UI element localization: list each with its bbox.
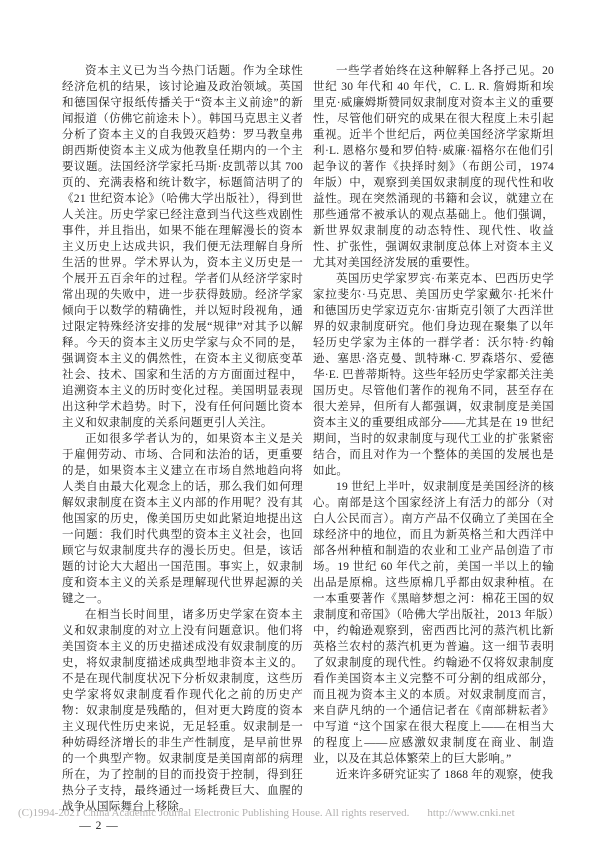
paragraph-atlantic-historians: 英国历史学家罗宾·布莱克本、巴西历史学家拉斐尔·马克思、美国历史学家戴尔·托米什… <box>313 271 554 479</box>
footer-url: http://www.cnki.net <box>427 807 514 819</box>
footer-copyright: (C)1994-2021 China Academic Journal Elec… <box>18 807 409 819</box>
paragraph-recent-research: 近来许多研究证实了 1868 年的观察，使我 <box>313 767 554 783</box>
text-column-left: 资本主义已为当今热门话题。作为全球性经济危机的结果，该讨论遍及政治领域。英国和德… <box>62 63 303 834</box>
footer: (C)1994-2021 China Academic Journal Elec… <box>18 806 588 820</box>
paragraph-capitalism-definition-question: 正如很多学者认为的，如果资本主义是关于雇佣劳动、市场、合同和法治的话，更重要的是… <box>62 431 303 607</box>
document-page: 资本主义已为当今热门话题。作为全球性经济危机的结果，该讨论遍及政治领域。英国和德… <box>0 0 600 853</box>
paragraph-capitalism-hot-topic: 资本主义已为当今热门话题。作为全球性经济危机的结果，该讨论遍及政治领域。英国和德… <box>62 63 303 431</box>
paragraph-historians-opposition-view: 在相当长时间里，诸多历史学家在资本主义和奴隶制度的对立上没有问题意识。他们将美国… <box>62 607 303 815</box>
page-number: — 2 — <box>62 818 303 834</box>
paragraph-scholars-interpretations: 一些学者始终在这种解释上各抒己见。20 世纪 30 年代和 40 年代，C. L… <box>313 63 554 271</box>
text-column-right: 一些学者始终在这种解释上各抒己见。20 世纪 30 年代和 40 年代，C. L… <box>313 63 554 783</box>
paragraph-slavery-core-economy: 19 世纪上半叶，奴隶制度是美国经济的核心。南部是这个国家经济上有活力的部分（对… <box>313 479 554 767</box>
